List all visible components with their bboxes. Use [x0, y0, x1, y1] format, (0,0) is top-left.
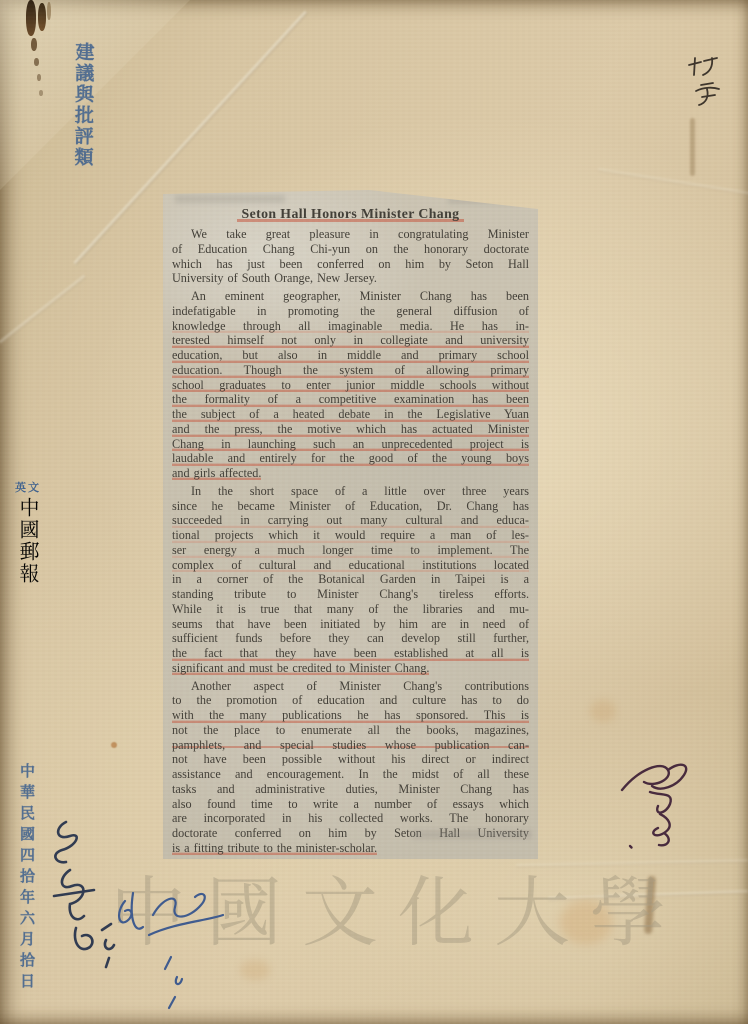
- ink-stain: [47, 2, 51, 20]
- clipping-line: of Education Chang Chi-yun on the honora…: [172, 242, 529, 257]
- clipping-line: education. Though the system of allowing…: [172, 363, 529, 378]
- clipping-line: school graduates to enter junior middle …: [172, 378, 529, 393]
- clipping-line: standing tribute to Minister Chang's tir…: [172, 587, 529, 602]
- clipping-line: We take great pleasure in congratulating…: [172, 227, 529, 242]
- clipping-line: While it is true that many of the librar…: [172, 602, 529, 617]
- handwritten-signature-right: [610, 748, 710, 853]
- clipping-line: Another aspect of Minister Chang's contr…: [172, 679, 529, 694]
- ink-stain: [39, 90, 43, 96]
- clipping-line: is a fitting tribute to the minister-sch…: [172, 841, 529, 856]
- ink-stain: [26, 0, 36, 36]
- clipping-paragraph: An eminent geographer, Minister Chang ha…: [172, 289, 529, 481]
- ghost-print: [175, 195, 285, 203]
- clipping-line: terested himself not only in collegiate …: [172, 333, 529, 348]
- ghost-print: [448, 197, 528, 204]
- clipping-line: indefatigable in promoting the general d…: [172, 304, 529, 319]
- ink-stain: [34, 58, 39, 66]
- clipping-line: pamphlets, and special studies whose pub…: [172, 738, 529, 753]
- clipping-line: not have been possible without his direc…: [172, 752, 529, 767]
- handwritten-scribble-center: [105, 863, 255, 1011]
- clipping-line: education, but also in middle and primar…: [172, 348, 529, 363]
- clipping-line: succeeded in carrying out many cultural …: [172, 513, 529, 528]
- clipping-line: since he became Minister of Education, D…: [172, 499, 529, 514]
- clipping-line: the fact that they have been established…: [172, 646, 529, 661]
- clipping-line: are incorporated in his collected works.…: [172, 811, 529, 826]
- clipping-line: to the promotion of education and cultur…: [172, 693, 529, 708]
- newspaper-clipping: Seton Hall Honors Minister Chang We take…: [163, 190, 538, 859]
- category-stamp: 建議與批評類: [69, 42, 97, 168]
- paper-crease: [598, 168, 748, 196]
- ink-stain: [38, 3, 46, 31]
- scanned-page: 建議與批評類 英文 中國郵報 中華民國四拾年六月拾日 中國文化大學 Seton …: [0, 0, 748, 1024]
- clipping-line: In the short space of a little over thre…: [172, 484, 529, 499]
- clipping-line: tasks and administrative duties, Ministe…: [172, 782, 529, 797]
- clipping-line: seums that have been initiated by him ar…: [172, 617, 529, 632]
- clipping-headline: Seton Hall Honors Minister Chang: [237, 206, 465, 222]
- clipping-line: sufficient funds before they can develop…: [172, 631, 529, 646]
- clipping-line: An eminent geographer, Minister Chang ha…: [172, 289, 529, 304]
- clipping-body: We take great pleasure in congratulating…: [172, 227, 529, 856]
- clipping-line: the subject of a heated debate in the Le…: [172, 407, 529, 422]
- clipping-line: complex of cultural and educational inst…: [172, 558, 529, 573]
- clipping-line: in a corner of the Botanical Garden in T…: [172, 572, 529, 587]
- ink-stain: [31, 38, 37, 51]
- clipping-line: laudable and entirely for the good of th…: [172, 451, 529, 466]
- clipping-line: with the many publications he has sponso…: [172, 708, 529, 723]
- clipping-line: ser energy a much longer time to impleme…: [172, 543, 529, 558]
- clipping-line: which has just been conferred on him by …: [172, 257, 529, 272]
- clipping-line: not the place to enumerate all the books…: [172, 723, 529, 738]
- clipping-paragraph: We take great pleasure in congratulating…: [172, 227, 529, 286]
- ghost-print: [412, 830, 532, 839]
- clipping-line: knowledge through all imaginable media. …: [172, 319, 529, 334]
- clipping-line: and girls affected.: [172, 466, 529, 481]
- source-stamp-name: 中國郵報: [13, 497, 42, 585]
- handwritten-annotation-top-right: [686, 52, 726, 112]
- clipping-paragraph: Another aspect of Minister Chang's contr…: [172, 679, 529, 856]
- clipping-line: the formality of a competitive examinati…: [172, 392, 529, 407]
- foxing-spot: [590, 700, 616, 722]
- source-stamp-language: 英文: [15, 479, 42, 495]
- paper-crease: [0, 275, 86, 345]
- date-stamp: 中華民國四拾年六月拾日: [17, 763, 38, 994]
- clipping-line: also found time to write a number of ess…: [172, 797, 529, 812]
- clipping-line: University of South Orange, New Jersey.: [172, 271, 529, 286]
- clipping-line: assistance and encouragement. In the mid…: [172, 767, 529, 782]
- smudge-streak: [690, 118, 695, 176]
- clipping-line: Chang in launching such an unprecedented…: [172, 437, 529, 452]
- source-stamp: 英文 中國郵報: [13, 479, 42, 585]
- clipping-line: significant and must be credited to Mini…: [172, 661, 529, 676]
- clipping-line: and the press, the motive which has actu…: [172, 422, 529, 437]
- clipping-line: tional projects which it would require a…: [172, 528, 529, 543]
- rust-speck: [111, 742, 117, 748]
- clipping-paragraph: In the short space of a little over thre…: [172, 484, 529, 676]
- ink-stain: [37, 74, 41, 81]
